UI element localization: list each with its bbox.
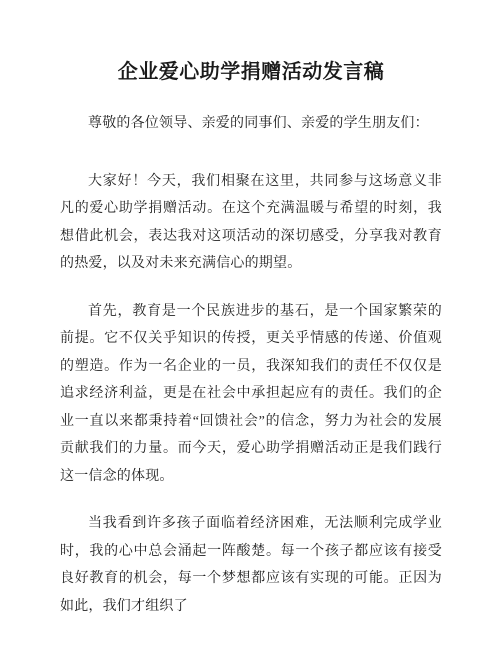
paragraph: 当我看到许多孩子面临着经济困难，无法顺利完成学业时，我的心中总会涌起一阵酸楚。每… bbox=[60, 510, 442, 620]
document-body: 大家好！今天，我们相聚在这里，共同参与这场意义非凡的爱心助学捐赠活动。在这个充满… bbox=[60, 168, 442, 621]
document-title: 企业爱心助学捐赠活动发言稿 bbox=[60, 58, 442, 86]
document-page: 企业爱心助学捐赠活动发言稿 尊敬的各位领导、亲爱的同事们、亲爱的学生朋友们： 大… bbox=[0, 0, 500, 647]
salutation-line: 尊敬的各位领导、亲爱的同事们、亲爱的学生朋友们： bbox=[60, 110, 442, 138]
paragraph: 大家好！今天，我们相聚在这里，共同参与这场意义非凡的爱心助学捐赠活动。在这个充满… bbox=[60, 168, 442, 278]
paragraph: 首先，教育是一个民族进步的基石，是一个国家繁荣的前提。它不仅关乎知识的传授，更关… bbox=[60, 298, 442, 491]
